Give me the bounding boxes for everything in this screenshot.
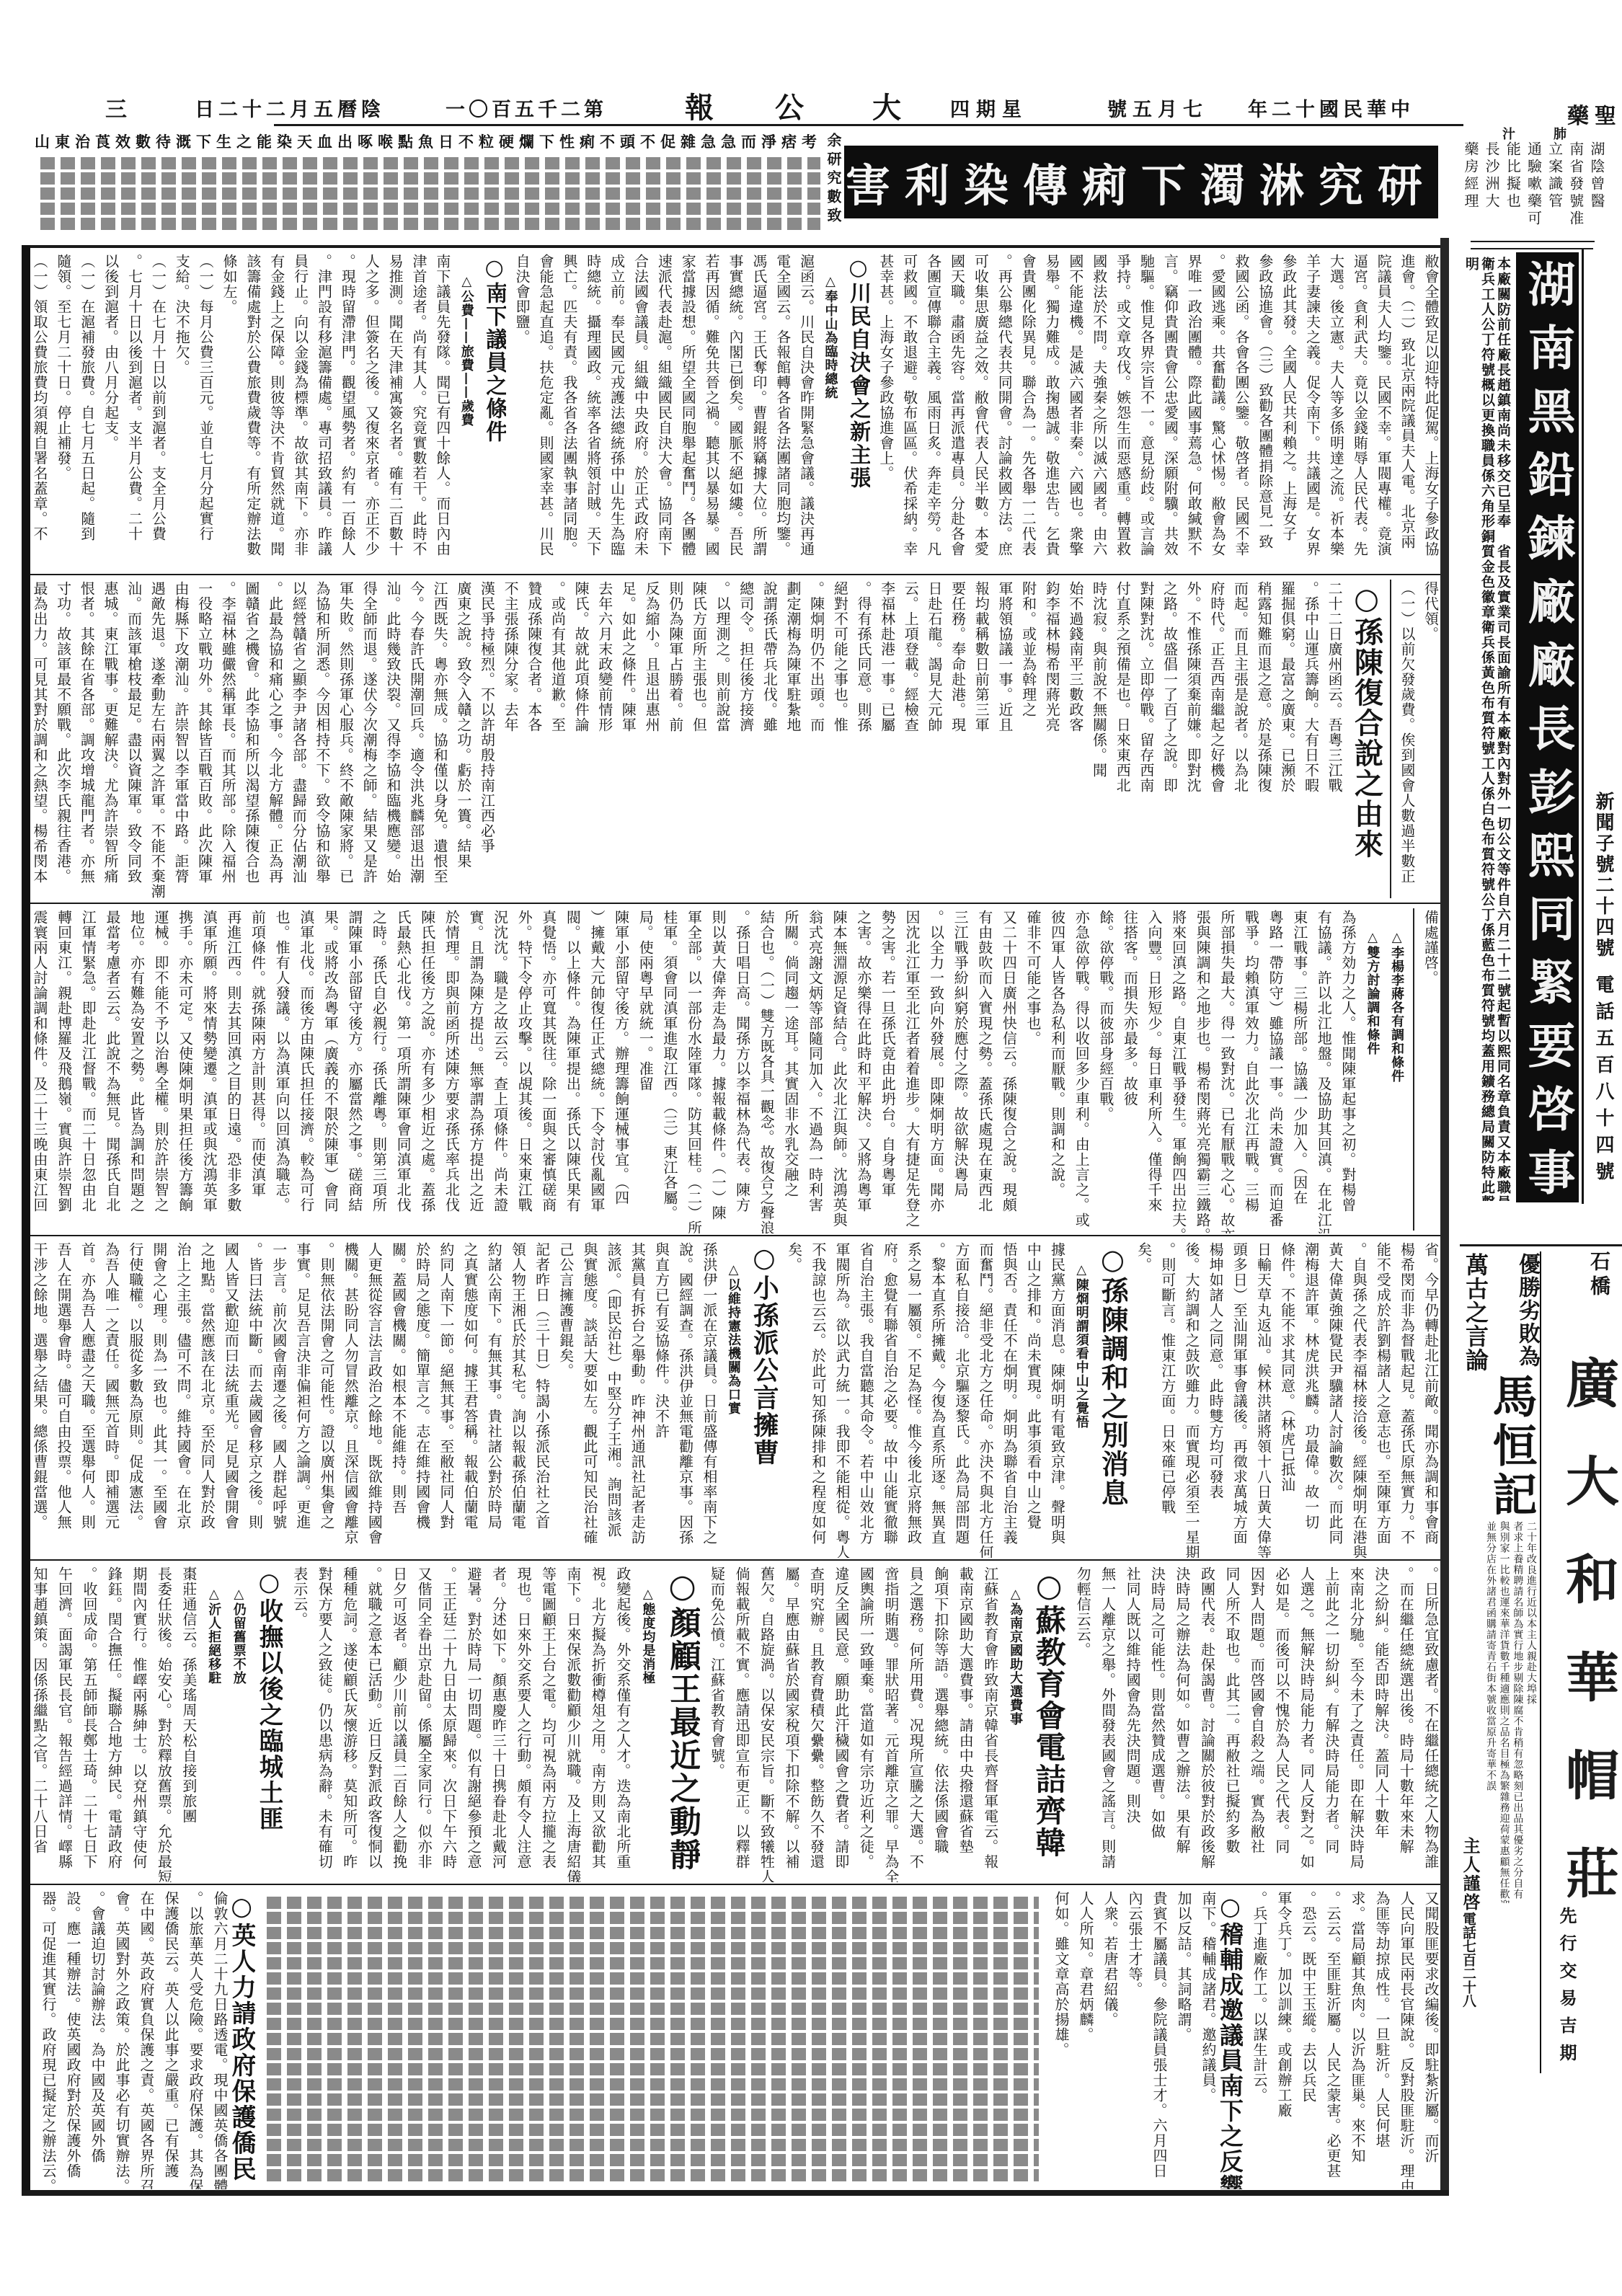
text-column: 。則可斷言。惟東江方面。日來確已停戰 (1160, 1238, 1176, 1558)
text-column: 日輸天草丸返汕。候林洪諸將領十八日黃大偉等經附 (1255, 1238, 1271, 1558)
text-column: 決時局之辦法為何如。如曹之辦法。果有解 (1174, 1562, 1190, 1882)
ad-separator-bar (1440, 238, 1449, 2196)
text-column: 機關。甚盼同人勿冒然離京。且深信國會離京 (342, 1238, 358, 1558)
text-column: 又聞股匪要求改編後。即駐紮沂屬。而沂 (1414, 1887, 1439, 2189)
text-column: 會貴團化除異見。聯合為一。先各舉一二代表 (1020, 249, 1036, 572)
text-column: 氏最熱心北伐。第一項所謂陳軍會同滇軍北伐 (395, 905, 411, 1233)
text-column: 者。分述如下。顏惠慶昨三十日携眷赴北戴河 (491, 1562, 507, 1882)
text-column: 一步言。前次國會南遷之後。國人群起呼號 (271, 1238, 287, 1558)
text-column: 視。北方擬為折衝樽俎之用。南方則又欲勸其 (590, 1562, 606, 1882)
text-column: （一）在滬補發旅費。自七月五日起。隨到 (79, 249, 95, 572)
text-column: 。日所急宜致慮者。不在繼任總統之人物為誰 (1423, 1562, 1439, 1882)
text-column: 戰爭。均賴滇軍效力。自此次北江再戰。三楊 (1243, 905, 1259, 1233)
text-column: 真覺悟。亦可寬其既往。除一面與之審慎磋商 (541, 905, 557, 1233)
text-column: 。以全力一致向外發展。即陳炯明方面。聞亦 (929, 905, 944, 1233)
text-column: 地位。亦有難為安置之勢。此皆為調和問題之 (128, 905, 144, 1233)
text-column: 汕。此時幾致決裂。又得李協和臨機應變。始 (385, 577, 401, 901)
text-column: 江西既失。粵亦無成。協和僅以身免。遺恨至 (432, 577, 448, 901)
text-column: 國人皆又歡迎而曰法統重光。足見國會開會 (223, 1238, 239, 1558)
text-column: 實。且謂為陳方提出。無寧謂為孫方提出之近 (468, 905, 484, 1233)
news-band-5: 。日所急宜致慮者。不在繼任總統之人物為誰。而在繼任總統選出後。時局十數年來未解決… (32, 1562, 1439, 1882)
article-subhead: △奉中山為臨時總統 (822, 249, 838, 572)
text-column: 勢之害。若一旦孫氏竟由此坍台。自身粵軍 (879, 905, 895, 1233)
text-column: 前項條件。就孫陳兩方計則甚得。而使滇軍 (249, 905, 265, 1233)
text-column: 種種危詞。遂使顧氏灰懷游移。莫知所可。昨 (342, 1562, 358, 1882)
text-column: 界唯一政治團體。際此國事蔫急。何敢緘默不 (1186, 249, 1202, 572)
sheng-yao-ad-column: 湖陰曾醫 (1587, 141, 1608, 235)
text-column: 漢民爭持極烈。不以許胡殷持南江西必爭 (479, 577, 495, 901)
text-column: 國不能違機。是滅六國者非秦。六國也。衆擎 (1068, 249, 1083, 572)
text-column: 決時局之可能性。則當然贊成選曹。如做 (1150, 1562, 1166, 1882)
text-column: 何如。雖文章高於揚雄。 (1045, 1887, 1069, 2189)
weekday: 星期四 (944, 98, 1028, 123)
text-column: 府時代。正吾西南繼起之好機會 (1209, 577, 1225, 901)
text-column: 。孫日唱日高。聞孫方以李福林為代表。陳方 (735, 905, 750, 1233)
text-column: 足。如此之條件。陳軍 (620, 577, 636, 901)
text-column: 之害。故亦樂得在此時和平解決。又將為粵軍 (856, 905, 872, 1233)
text-column: 再進江西。則去其回滇之目的日遠。恐非多數 (226, 905, 241, 1233)
text-column: 吾人在開選舉會時。儘可自由投票。他人無 (56, 1238, 71, 1558)
text-column: 軍將領協議一事。近且 (997, 577, 1013, 901)
text-column: 人人所知。章君炳麟。 (1069, 1887, 1094, 2189)
article-subhead: △沂人拒絕移駐 (205, 1562, 221, 1882)
text-column: 無一人離京之舉。外間發表國會之謠言。則請 (1100, 1562, 1116, 1882)
news-band-4: 省。今早仍轉赴北江前敵。聞亦為調和事會商楊希閔而非為督戰起見。蓋孫氏原無實力。不… (32, 1238, 1439, 1558)
text-column: 。以理測之。則前說當 (714, 577, 730, 901)
band-rule (30, 1559, 1440, 1561)
text-column: 。會議迫切討論辦法。為中國及英國外僑 (81, 1887, 105, 2189)
text-column: 楊希閔而非為督戰起見。蓋孫氏原無實力。不 (1399, 1238, 1414, 1558)
text-column: 則以黃大偉奔走為最力。據報載條件。（一）陳 (710, 905, 726, 1233)
body-bottom-rule (22, 2190, 1449, 2196)
text-column: 謂陳軍小部留守後方。亦屬當然之事。磋商結 (347, 905, 363, 1233)
text-column: 滇軍所願。將來情勢變遷。滇軍或與沈鴻英軍 (201, 905, 217, 1233)
text-column: 震寰兩人討論調和條件。及二十三晚由東江回 (32, 905, 48, 1233)
text-column: 矣。 (786, 1238, 802, 1558)
text-column: 往搭客。而損失亦最多。故彼 (1122, 905, 1138, 1233)
text-column: 系之易一屬領。不足為怪。惟今後北京將無政 (906, 1238, 922, 1558)
issue-number: 第二千五百〇一 (441, 98, 607, 123)
text-column: 在中國。英政府實負保護之責。英國各界所召集。 (130, 1887, 154, 2189)
text-column: 國輿論所一致唾棄。當道如有宗功近利之徒。 (858, 1562, 874, 1882)
text-column: 由梅縣下攻潮汕。許崇智以李軍當中路。詎膂 (173, 577, 189, 901)
contact-phone: 電話五百八十四號 (1590, 975, 1617, 1188)
article-headline: ○英人力請政府保護僑民 (228, 1887, 255, 2189)
text-column: 遇敵先退。遂牽動左右兩翼之許軍。不能不棄潮 (149, 577, 165, 901)
text-column: 。黎本直系所擁戴。今復為直系所逐。無異直 (930, 1238, 946, 1558)
text-column: 敝會全體致足以迎特此促駕。上海女子參政協 (1423, 249, 1439, 572)
text-column: 外。特下令停止攻擊。以覘其後。日來東江戰 (516, 905, 532, 1233)
sheng-yao-ad-label-right: 肺 (1554, 124, 1566, 143)
text-column: 也。惟有人發議。以為滇軍向以回滇為職志。 (274, 905, 290, 1233)
text-column: 甚幸甚。上海女子參政協進會上。 (878, 249, 894, 572)
masthead-rule (274, 124, 1463, 126)
text-column: 贊成孫陳復合者。本各 (526, 577, 542, 901)
text-column: 長委任狀後。始安心。對於釋放舊票。允於最短 (156, 1562, 172, 1882)
sheng-yao-ad-body: 湖陰曾醫 南省發號准 立案識管 通驗嗽藥可 能比擬也 長沙洲大 藥房經理 (1461, 141, 1608, 235)
sheng-yao-ad-column: 南省發號准 (1566, 141, 1587, 235)
text-column: 得代領。 (1423, 577, 1439, 901)
article-subhead: △公費——旅費——歲費 (458, 249, 474, 572)
text-column: 查明究辦。且教育費積欠纍纍。整飭久不發還 (808, 1562, 824, 1882)
text-column: 餉項下扣除等語。選舉總統。依法係國會職 (933, 1562, 949, 1882)
hunan-ad-body-column: 本廠關防前任廠長趙鎮南尚未移交已呈奉 省長及實業司長面諭所有本廠對內對外一切公文… (1495, 257, 1511, 1201)
text-column: 午回濟。面謁軍民長官。報告經過詳情。嶧縣 (56, 1562, 72, 1882)
ma-heng-ji-signature: 主人謹啓 (1458, 1837, 1483, 1912)
text-column: 軍令兵丁。加以訓練。或創辦工廠 (1267, 1887, 1292, 2189)
text-column: 日夕可返者。顧少川前以議員二百餘人之勸挽 (391, 1562, 407, 1882)
text-column: 。或尚有其他道歉。至 (549, 577, 565, 901)
text-column: 舊欠。自路旋渦。以保安民宗旨。斷不致犧牲人民 (758, 1562, 774, 1882)
text-column: 事實總統。內閣已倒矣。國脈不絕如縷。吾民 (727, 249, 743, 572)
text-column: 若再因循。難免共晉之禍。聽其以暴易暴。國 (704, 249, 719, 572)
text-column: 。李福林雖儼然稱軍長。而其所部。除入福州 (220, 577, 236, 901)
text-column: 最為出力。可見其對於調和之熱望。楊希閔本 (32, 577, 48, 901)
text-column: 來南北分馳。至今未了之責任。即在解決時局 (1348, 1562, 1364, 1882)
news-band-2: 得代領。（一）以前欠發歲費。俟到國會人數過半數正○孫陳復合說之由來二十二日廣州函… (32, 577, 1439, 901)
text-column: 悟與否。責任不在炯明。炯明為聯省自治主義 (1001, 1238, 1017, 1558)
text-column: 惠城。東江戰事。更難解決。尤為許崇智所痛 (102, 577, 118, 901)
text-column: 可收集思廣益之效。敝會代表人民半數。本愛 (972, 249, 988, 572)
text-column: 違反全國民意。願助此汗穢國會之費者。請即 (833, 1562, 849, 1882)
text-column: 人之多。但簽名之後。又復來京者。亦正不少 (363, 249, 379, 572)
text-column: 領人物王湘氏於其私宅。詢以報載孫伯蘭電 (510, 1238, 526, 1558)
text-column: 楊坤如諸人之同意。此時雙方均可發表 (1207, 1238, 1223, 1558)
text-column: 記者昨日（三十日）特謁小孫派民治社之首 (534, 1238, 550, 1558)
text-column: 運械。即不能不予以治粵全權。則於許崇智之 (153, 905, 169, 1233)
text-column: 。則無依法開會之可能性。證以廣州集會之 (319, 1238, 334, 1558)
text-column: 首。亦為吾人應盡之天職。至選舉何人。則 (79, 1238, 95, 1558)
text-column: 可救國。不敢退避。敬布區區。伏希採納。幸 (902, 249, 918, 572)
text-column: 廣東之說。致令入贛之功。虧於一簣。結果 (456, 577, 471, 901)
text-column: 自決會即鹽。 (514, 249, 530, 572)
hunan-ad-body-column: 衛兵工人公丁符號概以更換職員係六角形銅質金色徽章衛兵係黃色布質符號工人係白色布質… (1479, 257, 1495, 1201)
text-column: 黃大偉黃強陳覺民尹驥諸人討論數次。而此同 (1327, 1238, 1343, 1558)
text-column: 以經營贛省之顯李尹諸各部。盡歸而分佔潮汕 (291, 577, 306, 901)
text-column: 事實。足見吾言決非偏袒何方之論調。更進 (295, 1238, 311, 1558)
text-column: 府。愈覺有聯省自治之必要。故中山能實徹聯 (882, 1238, 898, 1558)
text-column: 有由鼓吹而入實現之勢。蓋孫氏處現在東西北 (977, 905, 993, 1233)
text-column: 得全師而退。遂伏今次潮梅之師。結果又是許 (361, 577, 377, 901)
column-rule (1413, 908, 1414, 1231)
text-column: 又二十四日廣州快信云。孫陳復合之說。現頗 (1001, 905, 1016, 1233)
text-column: 保護僑民云。英人以此事之嚴重。已有保護 (154, 1887, 179, 2189)
article-headline: ○川民自決會之新主張 (846, 249, 870, 572)
text-column: 有金錢上之保障。則彼等決不肯貿然就道。聞 (269, 249, 285, 572)
text-column: 羊子妻諫夫之義。促令南下。共議國是。女界 (1305, 249, 1321, 572)
ma-heng-ji-tagline-2: 萬古之言論 (1459, 1253, 1492, 1372)
text-column: 為吾人唯一之責任。國無元首時。即補選元 (104, 1238, 120, 1558)
text-column: 於情理。即與前函所述陳方要求孫氏率兵北伐 (443, 905, 459, 1233)
text-column: 開會之心理。則為一致也。此其一。至國會 (151, 1238, 167, 1558)
article-subhead: △為南京國助大選費事 (1007, 1562, 1023, 1882)
ma-heng-ji-body-column: 與別家一比較也運來華洋貨數千種適應則之品名目極為繁雜務迎荷蒙惠顧無任歡迎 (1499, 1521, 1510, 1903)
text-column: 。此最為協和痛心之事。今北方解體。正為再 (267, 577, 283, 901)
text-column: 因沈北江軍至北江者着着進步。大有捷足先登之 (904, 905, 920, 1233)
ma-heng-ji-body-column: 二十年改良進行近以本主人親赴大埠採 (1525, 1521, 1537, 1903)
text-column: 。孫中山運兵籌餉。大有日不暇 (1303, 577, 1319, 901)
text-column: 國天職。肅函先容。當再派遣專員。分赴各會 (949, 249, 965, 572)
paper-name-char-3: 報 (685, 92, 714, 124)
text-column: 頭多日）至汕開軍事會議後。再徵求萬城方面 (1231, 1238, 1247, 1558)
text-column: 亦急欲停戰。得以收回多少車利。由上言之。或 (1073, 905, 1089, 1233)
text-column: 倘報載所載不實。應請迅即宣布更正。以釋群 (734, 1562, 750, 1882)
text-column: 陳本無淵源足資結合。此次北江與師。沈鴻英與 (831, 905, 847, 1233)
left-border-bar (22, 245, 30, 2196)
text-column: 軍閥所為。欲以武力統一。我即不能相從。粵人 (834, 1238, 850, 1558)
text-column: 陳氏方面所主張也。但 (691, 577, 706, 901)
article-subhead: △仍留舊票不放 (231, 1562, 247, 1882)
text-column: 家當據設想。所望全國同胞舉起奮鬥。各團體 (680, 249, 696, 572)
text-column: 南下。稽輔成諸君。邀約議員。 (1192, 1887, 1216, 2189)
text-column: 關。蓋國會機關。如根本不能維持。則吾 (391, 1238, 407, 1558)
ma-heng-ji-corner-label: 石橋 (1585, 1251, 1613, 1300)
text-column: 。就職之意本已活動。近日反對派政客復恫以 (366, 1562, 382, 1882)
text-column: 今。今春許氏開潮回兵。適令洪兆麟部退出潮 (409, 577, 425, 901)
ad-divider (1460, 1244, 1622, 1246)
sheng-yao-ad-column: 藥房經理 (1461, 141, 1481, 235)
text-column: 期間內實行。惟嶧兩縣紳士。以兗州鎮守使何 (131, 1562, 147, 1882)
text-column: 時總統。攝理國政。統率各省將領討賊。天下 (585, 249, 601, 572)
text-column: 之時。孫氏自必親行。孫氏離粵。則第三項所 (371, 905, 387, 1233)
text-column: 最當考慮者云云。此說不為無見。聞孫氏自北 (105, 905, 120, 1233)
hunan-ad-frame-line (1582, 249, 1584, 1204)
text-column: 一役略立戰功外。其餘皆百戰百敗。此次陳軍 (197, 577, 213, 901)
contact-address: 新聞子號二十四號 (1590, 792, 1617, 959)
text-column: 社同人既以維持國會為先決問題。則決 (1125, 1562, 1140, 1882)
ma-heng-ji-body-column: 並無分店在外諸君函購請寄青石街本號收當原升寄華不誤 (1485, 1521, 1497, 1903)
news-band-3: 備處謹啓。△李楊李蔣各有調和條件△雙方討論調和條件為孫方効力之人。惟聞陳軍起事之… (32, 905, 1439, 1233)
sheng-yao-ad-label-left: 汁 (1502, 124, 1515, 143)
text-column: 條如左。 (221, 249, 237, 572)
text-column: 。愛國逃乘。共奮勸議。驚心怵惕。敝會為女 (1210, 249, 1226, 572)
text-column: 之路。故盛倡一了百了之說。即 (1162, 577, 1178, 901)
text-column: 南下。日來保派數勸顧少川就職。及上海唐紹儀章 (565, 1562, 581, 1882)
text-column: 陳軍小部留守後方。辦理籌餉運械事宜。（四 (613, 905, 629, 1233)
text-column: 棗莊通信云。孫美瑤周天松自接到旅團 (181, 1562, 197, 1882)
text-column: 逼宮。貪利武夫。竟以金錢賄辱人民代表。先 (1352, 249, 1368, 572)
text-column: 行使職權。以服從多數為原則。促成憲法。 (128, 1238, 143, 1558)
text-column: 現也。日來外交系要人之行動。頗有令人注意 (515, 1562, 531, 1882)
text-column: 。得有孫氏同意。則孫 (856, 577, 872, 901)
text-column: 時沈寂。與前說不無關係。聞 (1091, 577, 1107, 901)
text-column: 必如是。而後可以不愧於為人民之代表。同 (1274, 1562, 1290, 1882)
text-column: 鋒鈺。閏合撫任。擬聯合地方紳民。電請政府 (106, 1562, 122, 1882)
text-column: 携手。亦未可定。又使陳炯明果担任後方籌餉 (177, 905, 193, 1233)
ma-heng-ji-brand-name: 廣大和華帽莊 (1550, 1355, 1622, 1943)
text-column: 有協議。許以北江地盤。及協助其回滇。在北江沿 (1316, 905, 1331, 1233)
text-column: 。恐云。既中王玉縱。去以兵民 (1292, 1887, 1316, 2189)
text-column: 據民黨方面消息。陳炯明有電致京津。聲明與 (1050, 1238, 1065, 1558)
text-column: 大選。後立憲。夫人等多係明達之流。祈本樂 (1328, 249, 1344, 572)
text-column: 為孫方効力之人。惟聞陳軍起事之初。對楊曾 (1340, 905, 1356, 1233)
text-column: 電全國云。各報館轉各省各法團諸同胞均鑒。 (775, 249, 791, 572)
text-column: 。收回成命。第五師師長鄭士琦。二十七日下 (81, 1562, 97, 1882)
text-column: 。皆曰法統中斷。而去歲國會移京之後。則 (247, 1238, 263, 1558)
text-column: 孫洪伊一派在京議員。日前盛傳有相率南下之 (701, 1238, 717, 1558)
ma-heng-ji-phone: 電話七百二十八 (1459, 1912, 1479, 2008)
text-column: 入向豐。日形短少。每日車利所入。僅得千來 (1146, 905, 1162, 1233)
text-column: 。以旅華英人受危險。要求政府保護。其為保 (179, 1887, 203, 2189)
sheng-yao-ad-column: 能比擬也 (1502, 141, 1523, 235)
text-column: 人衆。若唐君紹儀。 (1094, 1887, 1118, 2189)
text-column: 員行止。向以金錢為標準。故欲其南下。亦非 (293, 249, 309, 572)
text-column: 江蘇省教育會昨致南京韓省長齊督軍電云。報 (983, 1562, 998, 1882)
text-column: 省自治主張。我自當聽其命令。若中山效北方 (858, 1238, 874, 1558)
text-column: 倫敦六月二十九日路透電。現中國英僑各團體 (203, 1887, 228, 2189)
text-column: 省。今早仍轉赴北江前敵。聞亦為調和事會商 (1423, 1238, 1439, 1558)
text-column: 勿輕信云云。 (1075, 1562, 1091, 1882)
text-column: 張與陳調和之地步也。楊希閔蔣光亮獨霸三鐵路。為 (1195, 905, 1210, 1233)
article-headline: ○孫陳調和之別消息 (1097, 1238, 1128, 1558)
text-column: 為協和所洞悉。今因相持不下。致令協和欲舉 (314, 577, 330, 901)
text-column: 寸功。故該軍最不願戰。此次李氏親往香港。 (56, 577, 71, 901)
text-column: 三江戰爭紛糾窮於應付之際。故欲解決粵局 (952, 905, 968, 1233)
text-column: 滇軍北伐。而後方由陳氏担任接濟。較為可行 (298, 905, 314, 1233)
text-column: 。自與孫之代表李福林接洽後。經陳炯明在港與 (1351, 1238, 1367, 1558)
text-column: 人民向軍民兩長官陳說。反對股匪駐沂。理由 (1390, 1887, 1414, 2189)
sheng-yao-ad-title: 聖藥 (1557, 98, 1622, 130)
text-column: 陳氏担任後方之說。亦有多少相近之處。蓋孫 (420, 905, 435, 1233)
text-column: 方面私自接洽。北京驅逐黎氏。此為局部問題 (954, 1238, 970, 1558)
hunan-ad-body-column: 明 (1463, 257, 1479, 272)
text-column: 軍全部。以一部份水陸軍隊。防其回桂。（二）所有駐粵 (686, 905, 701, 1233)
text-column: 又偕同全眷出京赴留。係屬全家同行。似亦非 (416, 1562, 432, 1882)
text-column: 云。上項登載。經檢查 (903, 577, 918, 901)
text-column: 。現時留滯津門。觀望風勢者。約有一百餘人 (340, 249, 355, 572)
text-column: 不主張孫陳分家。去年 (502, 577, 518, 901)
text-column: 興亡。匹夫有責。我各省各法團執事諸同胞。 (562, 249, 577, 572)
text-column: 以後到滬者。由八月分起支。 (103, 249, 119, 572)
lunar-date: 陰曆五月二十二日 (189, 98, 385, 123)
text-column: 。云云。至匪駐沂屬。人民之蒙害。必更甚 (1316, 1887, 1341, 2189)
text-column: 知事趙鎮策。因係孫繼點之官。二十八日省 (32, 1562, 48, 1882)
band-rule (30, 574, 1440, 575)
text-column: （一）在七月十日以前到滬者。支全月公費 (150, 249, 166, 572)
ad-top-rule (1471, 248, 1593, 249)
page-number: 三 (105, 98, 127, 123)
text-column: 疑而免公憤。江蘇省教育會號。 (709, 1562, 725, 1882)
text-column: 避暑。對於時局一切問題。似有謝絕參預之意 (466, 1562, 482, 1882)
text-column: 己公言擁護曹錕矣。 (558, 1238, 574, 1558)
text-column: 轉回東江。親赴博羅及飛鵝嶺。實與許崇智劉 (56, 905, 72, 1233)
article-subhead: △態度均是消極 (639, 1562, 655, 1882)
text-column: 劃定潮梅為陳軍駐紮地 (785, 577, 801, 901)
band-rule (30, 1235, 1440, 1236)
text-column: 為匪等劫掠成性。一旦駐沂。人民何堪 (1365, 1887, 1390, 2189)
ma-heng-ji-body-column: 者求上養精聘請名師為實行地步剔除陳腐不肯稍有忽略刻已出品其優劣之分自有 (1512, 1521, 1523, 1903)
text-column: 會。英國對外之政策。於此事必有切實辦法。 (105, 1887, 130, 2189)
text-column: 反為縮小。且退出惠州 (644, 577, 660, 901)
republic-year-date: 中華民國十二年 (1241, 98, 1414, 123)
text-column: 政團代表。赴保謁曹。討論關於彼對於政後解 (1199, 1562, 1215, 1882)
news-band-6: 又聞股匪要求改編後。即駐紮沂屬。而沂人民向軍民兩長官陳說。反對股匪駐沂。理由為匪… (32, 1887, 1439, 2189)
text-column: 干涉之餘地。選舉之結果。總係曹錕當選。 (32, 1238, 48, 1558)
text-column: 決之紛糾。能否即時解決。蓋同人十數年 (1373, 1562, 1389, 1882)
text-column: 備處謹啓。 (1422, 905, 1438, 1233)
text-column: 。七月十日以後到滬者。支半月公費。二十 (127, 249, 143, 572)
text-column: 與實態度。談話大要如左。觀此可知民治社確 (582, 1238, 598, 1558)
text-column: 表示云。 (292, 1562, 308, 1882)
strip-ad-first-column: 余研究數致 (823, 133, 844, 226)
text-column: 南下議員先發隊。聞已有四十餘人。而日內由 (435, 249, 451, 572)
text-column: 言。竊仰貴團貴會公忠愛國。深願附驥。共效 (1162, 249, 1178, 572)
text-column: 始不過錢南平三數政客 (1068, 577, 1083, 901)
strip-ad-small-text (35, 154, 820, 231)
text-column: 治上之主張。儘可不問。維持國會。在北京 (175, 1238, 191, 1558)
band-rule (30, 1884, 1440, 1885)
text-column: 速派代表赴滬。組織國民自決大會。協同南下 (656, 249, 672, 572)
text-column: 會能急起直追。扶危定亂。則國家幸甚。川民 (538, 249, 554, 572)
text-column: 津首途者。尚有其人。究竟實數若干。此時不 (411, 249, 427, 572)
text-column: 滬函云。川民自決會昨開緊急會議。議決再通 (799, 249, 815, 572)
text-column: 翁式亮謝文炳等部隨同加入。不過為一時利害 (807, 905, 823, 1233)
text-column: 。津門設有移滬籌備處。專司招致議員。昨議 (316, 249, 332, 572)
text-column: 馳驅。惟見各界宗旨不一。意見紛歧。或言論 (1138, 249, 1154, 572)
text-column: 。再公舉總代表共同開會。討論救國方法。庶 (996, 249, 1012, 572)
text-column: 。兵丁進廠作工。以謀生計云。 (1243, 1887, 1267, 2189)
text-column: 載南京國助大選費事。請由中央撥還蘇省墊 (957, 1562, 973, 1882)
text-column: （一）以前欠發歲費。俟到國會人數過半數正 (1399, 577, 1415, 901)
text-column: 而起。而且主張是說者。以為北 (1232, 577, 1248, 901)
text-column: 成立前。奉民國元戎護法總統孫中山先生為臨 (609, 249, 625, 572)
text-column: 外。不惟孫陳須棄前嫌。即對沈 (1185, 577, 1201, 901)
text-column: 局。使兩粵早就統一。准留 (637, 905, 653, 1233)
text-column: 屬。早應由蘇省於國家稅項下扣除不解。以補 (784, 1562, 799, 1882)
band-rule (30, 903, 1440, 904)
text-column: （一）領取公費旅費均須親自署名蓋章。不 (32, 249, 48, 572)
article-headline: ○收撫以後之臨城土匪 (255, 1562, 283, 1882)
text-column: 閥。以上條件。為陳軍提出。孫氏以陳氏果有 (564, 905, 580, 1233)
text-column: 設。應一種辦法。使英國政府對於保護外僑 (56, 1887, 81, 2189)
text-column: 其黨員有拆台之舉動。昨神州通訊社記者走訪 (629, 1238, 645, 1558)
article-subhead: △以維持憲法機關為口實 (725, 1238, 741, 1558)
ma-heng-ji-tagline-1: 優勝劣敗為 (1511, 1253, 1543, 1368)
article-subhead: △李楊李蔣各有調和條件 (1388, 905, 1404, 1233)
text-column: 果。或將改為粵軍（廣義的不限於陳軍）會同 (322, 905, 338, 1233)
ma-heng-ji-body: 二十年改良進行近以本主人親赴大埠採 者求上養精聘請名師為實行地步剔除陳腐不肯稍有… (1485, 1521, 1537, 1903)
text-column: 稍露知難而退之意。於是孫陳復 (1256, 577, 1272, 901)
text-column: 求。當局顧其魚肉。以沂為匪巢。來不知 (1341, 1887, 1365, 2189)
text-column: 國救法於不問。夫強秦之所以滅六國者。由六 (1091, 249, 1107, 572)
text-column: 江軍情緊急。即赴北江督戰。而二十日忽由北 (80, 905, 96, 1233)
ma-heng-ji-shop-name: 馬恒記 (1479, 1373, 1543, 1520)
text-column: 說。國經調查。孫洪伊並無電勸離京事。因孫 (678, 1238, 693, 1558)
text-column: 。而在繼任總統選出後。時局十數年來未解 (1398, 1562, 1414, 1882)
strip-ad-banner: 研究淋濁下痢傳染利害 (844, 146, 1438, 218)
sheng-yao-ad-column: 通驗嗽藥可 (1523, 141, 1544, 235)
text-column: 同人所不取也。此其二。再敝社已擬約多數 (1224, 1562, 1240, 1882)
text-column: 該籌備處對於公費旅費歲費等。有所定辦法數 (245, 249, 261, 572)
text-column: 桂軍。須會同滇軍進取江西。（三）東江各屬。 (662, 905, 678, 1233)
text-column: 馮氏逼宮。王氏奪印。曹錕將竊據大位。所謂 (751, 249, 767, 572)
text-column: 圖贛省之機會。此李協和所以渴望孫陳復合也 (244, 577, 260, 901)
text-column: 將來回滇之路。自東江戰爭發生。軍餉四出拉夫。收 (1171, 905, 1187, 1233)
body-top-rule (22, 245, 1449, 248)
article-headline: ○稽輔成邀議員南下之反響 (1216, 1887, 1243, 2189)
text-column: 李福林赴港一事。已屬 (879, 577, 895, 901)
article-headline: ○南下議員之條件 (482, 249, 507, 572)
article-headline: ○蘇教育會電詰齊韓 (1032, 1562, 1066, 1882)
text-column: 救國公函。各會各團公鑒。敬啓者。民國不幸 (1233, 249, 1249, 572)
text-column: 報均載稱數日前第三軍 (973, 577, 989, 901)
text-column: 矣。 (1136, 1238, 1152, 1558)
strip-ad-banner-title: 研究淋濁下痢傳染利害 (846, 150, 1437, 214)
text-column: 餘。欲停戰。而彼部身經百戰。 (1098, 905, 1114, 1233)
text-column: 人選之。無解決時局能力者。同人反對之。如 (1298, 1562, 1314, 1882)
sheng-yao-ad-column: 長沙洲大 (1481, 141, 1502, 235)
text-column: 絕對不可能之事也。惟 (832, 577, 848, 901)
